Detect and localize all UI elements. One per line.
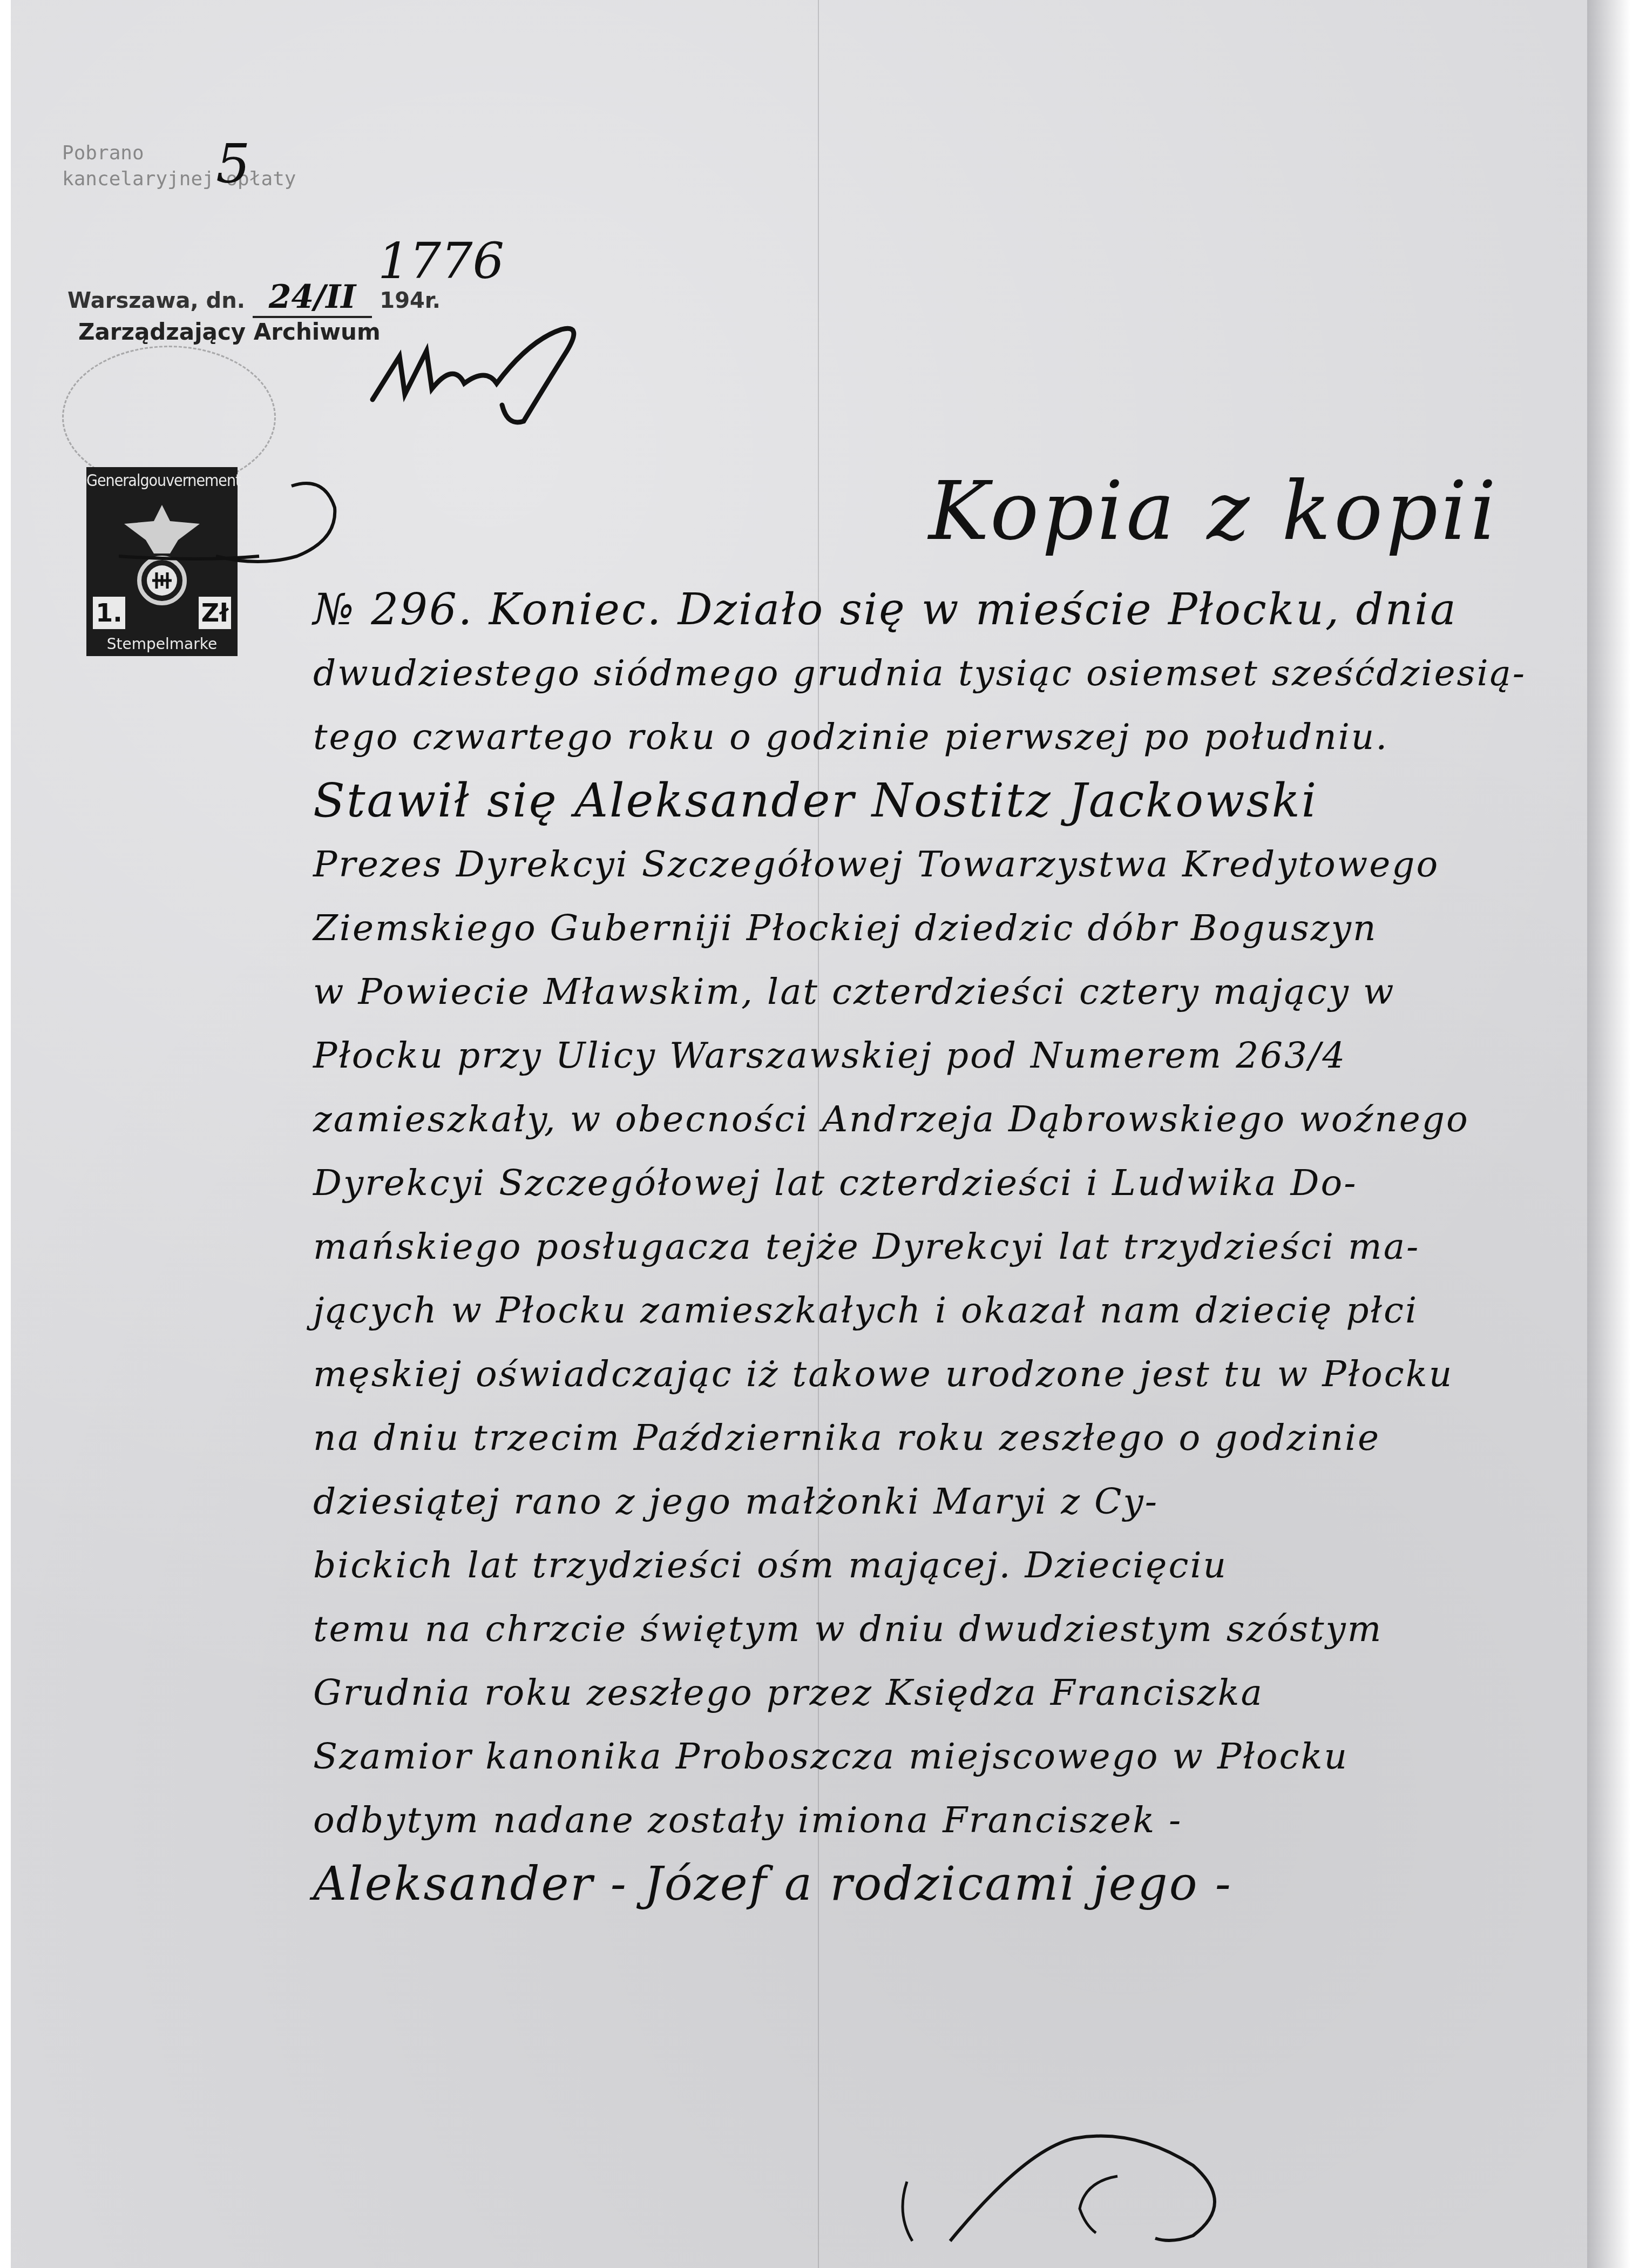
text-line: Płocku przy Ulicy Warszawskiej pod Numer… xyxy=(313,1024,1609,1088)
stamp-cancellation-stroke xyxy=(119,475,346,583)
text-line: Stawił się Aleksander Nostitz Jackowski xyxy=(313,769,1609,833)
city-label: Warszawa, dn. xyxy=(67,288,245,313)
text-line: Ziemskiego Guberniji Płockiej dziedzic d… xyxy=(313,896,1609,960)
stamp-faint-line: Pobrano xyxy=(62,140,483,166)
text-line: dwudziestego siódmego grudnia tysiąc osi… xyxy=(313,642,1609,705)
year-label: 194 xyxy=(380,288,425,313)
text-line: Grudnia roku zeszłego przez Księdza Fran… xyxy=(313,1661,1609,1725)
text-line: temu na chrzcie świętym w dniu dwudziest… xyxy=(313,1597,1609,1661)
text-line: Prezes Dyrekcyi Szczegółowej Towarzystwa… xyxy=(313,833,1609,896)
text-line: jących w Płocku zamieszkałych i okazał n… xyxy=(313,1279,1609,1342)
text-line: Aleksander - Józef a rodzicami jego - xyxy=(313,1852,1609,1916)
text-line: bickich lat trzydzieści ośm mającej. Dzi… xyxy=(313,1534,1609,1597)
document-body: № 296. Koniec. Działo się w mieście Płoc… xyxy=(313,578,1609,1916)
text-line: Szamior kanonika Proboszcza miejscowego … xyxy=(313,1725,1609,1788)
text-line: w Powiecie Mławskim, lat czterdzieści cz… xyxy=(313,960,1609,1024)
text-line: na dniu trzecim Października roku zeszłe… xyxy=(313,1406,1609,1470)
document-title: Kopia z kopii xyxy=(929,464,1499,558)
text-line: odbytym nadane zostały imiona Franciszek… xyxy=(313,1788,1609,1852)
text-line: mańskiego posługacza tejże Dyrekcyi lat … xyxy=(313,1215,1609,1279)
text-line: Dyrekcyi Szczegółowej lat czterdzieści i… xyxy=(313,1151,1609,1215)
handwritten-flourish xyxy=(891,2117,1279,2246)
stamp-value-currency: Zł xyxy=(199,597,231,629)
reference-number: 1776 xyxy=(378,232,504,290)
scan-edge xyxy=(1587,0,1630,2268)
text-line: № 296. Koniec. Działo się w mieście Płoc… xyxy=(313,578,1609,642)
stamp-value-number: 1. xyxy=(93,597,125,629)
administrator-label: Zarządzający Archiwum xyxy=(78,319,381,345)
text-line: tego czwartego roku o godzinie pierwszej… xyxy=(313,705,1609,769)
year-suffix: r. xyxy=(425,288,441,313)
handwritten-date: 24/II xyxy=(253,278,372,318)
text-line: zamieszkały, w obecności Andrzeja Dąbrow… xyxy=(313,1088,1609,1151)
document-sheet: Pobrano kancelaryjnej opłaty Warszawa, d… xyxy=(11,0,1598,2268)
page-number: 5 xyxy=(216,132,250,195)
text-line: męskiej oświadczając iż takowe urodzone … xyxy=(313,1342,1609,1406)
stamp-bottom-text: Stempelmarke xyxy=(86,635,238,653)
archivist-signature xyxy=(367,319,594,427)
stamp-faint-line: kancelaryjnej opłaty xyxy=(62,166,483,192)
text-line: dziesiątej rano z jego małżonki Maryi z … xyxy=(313,1470,1609,1534)
